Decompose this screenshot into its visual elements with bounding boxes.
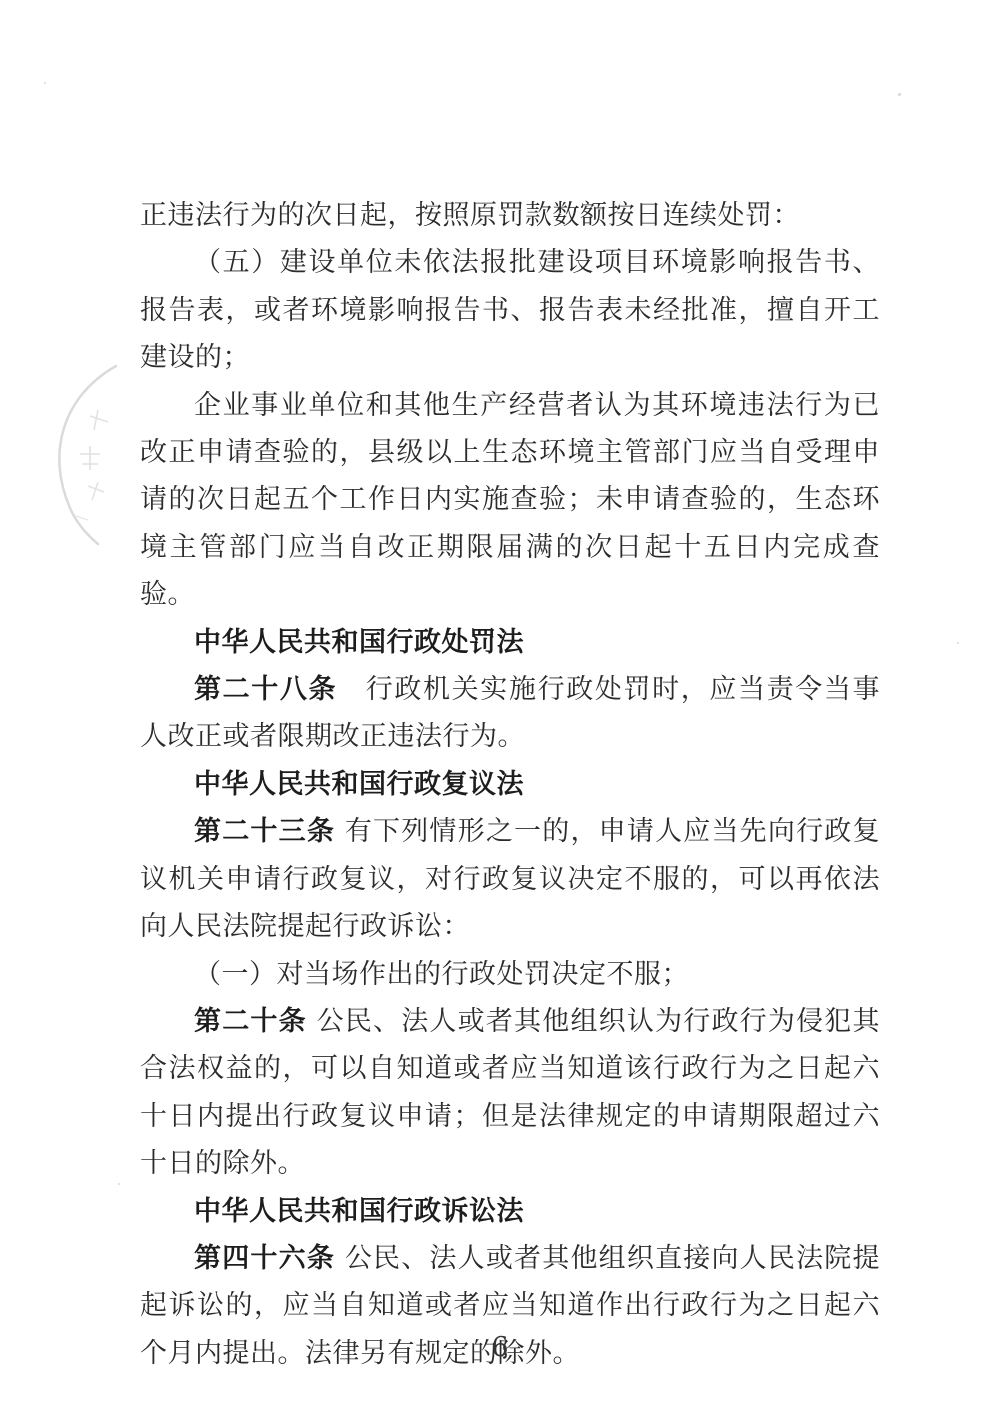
scan-speck	[118, 1183, 120, 1185]
paragraph: 第二十三条 有下列情形之一的，申请人应当先向行政复议机关申请行政复议，对行政复议…	[140, 808, 880, 950]
paragraph: （五）建设单位未依法报批建设项目环境影响报告书、报告表，或者环境影响报告书、报告…	[140, 239, 880, 381]
paragraph: （一）对当场作出的行政处罚决定不服；	[140, 951, 880, 998]
article-number: 第二十三条	[194, 816, 335, 847]
text-run: 正违法行为的次日起，按照原罚款数额按日连续处罚：	[140, 200, 800, 231]
article-number: 第四十六条	[194, 1243, 335, 1274]
text-run: 中华人民共和国行政复议法	[194, 769, 524, 800]
paragraph: 第二十条 公民、法人或者其他组织认为行政行为侵犯其合法权益的，可以自知道或者应当…	[140, 998, 880, 1188]
text-run: 中华人民共和国行政处罚法	[194, 627, 524, 658]
article-number: 第二十八条	[194, 674, 337, 705]
text-run: 企业事业单位和其他生产经营者认为其环境违法行为已改正申请查验的，县级以上生态环境…	[140, 390, 880, 611]
text-run: 中华人民共和国行政诉讼法	[194, 1196, 524, 1227]
text-run: （一）对当场作出的行政处罚决定不服；	[194, 959, 689, 990]
paragraph: 企业事业单位和其他生产经营者认为其环境违法行为已改正申请查验的，县级以上生态环境…	[140, 382, 880, 619]
law-title-heading: 中华人民共和国行政处罚法	[140, 619, 880, 666]
document-body: 正违法行为的次日起，按照原罚款数额按日连续处罚：（五）建设单位未依法报批建设项目…	[140, 192, 880, 1377]
paragraph: 第二十八条 行政机关实施行政处罚时，应当责令当事人改正或者限期改正违法行为。	[140, 666, 880, 761]
law-title-heading: 中华人民共和国行政诉讼法	[140, 1188, 880, 1235]
seal-mark	[18, 358, 158, 553]
document-page: 正违法行为的次日起，按照原罚款数额按日连续处罚：（五）建设单位未依法报批建设项目…	[0, 0, 1000, 1414]
scan-speck	[898, 93, 901, 96]
law-title-heading: 中华人民共和国行政复议法	[140, 761, 880, 808]
article-number: 第二十条	[194, 1006, 307, 1037]
paragraph: 正违法行为的次日起，按照原罚款数额按日连续处罚：	[140, 192, 880, 239]
text-run: （五）建设单位未依法报批建设项目环境影响报告书、报告表，或者环境影响报告书、报告…	[140, 247, 880, 373]
scan-speck	[957, 642, 959, 644]
page-number: 6	[0, 1332, 1000, 1363]
scan-speck	[44, 82, 46, 84]
